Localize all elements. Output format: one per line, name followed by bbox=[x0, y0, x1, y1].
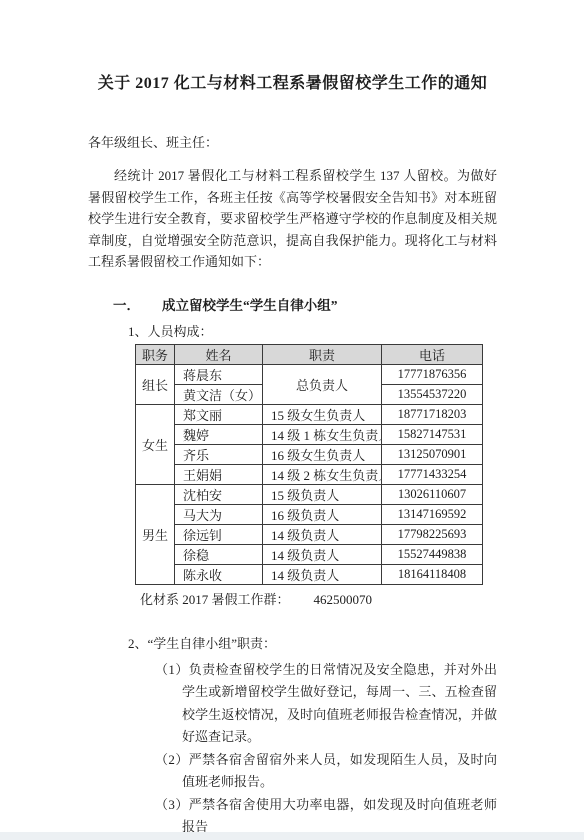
phone-cell: 17771876356 bbox=[382, 364, 483, 384]
phone-cell: 13554537220 bbox=[382, 384, 483, 404]
table-row: 王娟娟14 级 2 栋女生负责人17771433254 bbox=[136, 464, 483, 484]
duty-2-text: 严禁各宿舍留宿外来人员，如发现陌生人员，及时向值班老师报告。 bbox=[182, 752, 497, 790]
qq-group-line: 化材系 2017 暑假工作群：462500070 bbox=[140, 589, 497, 608]
table-row: 齐乐16 级女生负责人13125070901 bbox=[136, 444, 483, 464]
name-cell: 郑文丽 bbox=[175, 404, 263, 424]
phone-cell: 18771718203 bbox=[382, 404, 483, 424]
duty-cell: 14 级 2 栋女生负责人 bbox=[263, 464, 382, 484]
people-table-header-row: 职务姓名职责电话 bbox=[136, 344, 483, 364]
phone-cell: 13026110607 bbox=[382, 484, 483, 504]
document-page: 关于 2017 化工与材料工程系暑假留校学生工作的通知 各年级组长、班主任： 经… bbox=[0, 0, 584, 840]
role-cell: 男生 bbox=[136, 484, 175, 584]
table-row: 徐远钊14 级负责人17798225693 bbox=[136, 524, 483, 544]
phone-cell: 15527449838 bbox=[382, 544, 483, 564]
name-cell: 陈永收 bbox=[175, 564, 263, 584]
duty-1-number: （1） bbox=[155, 662, 189, 677]
duty-cell: 14 级负责人 bbox=[263, 564, 382, 584]
table-row: 陈永收14 级负责人18164118408 bbox=[136, 564, 483, 584]
document-content: 关于 2017 化工与材料工程系暑假留校学生工作的通知 各年级组长、班主任： 经… bbox=[0, 0, 584, 839]
intro-paragraph: 经统计 2017 暑假化工与材料工程系留校学生 137 人留校。为做好暑假留校学… bbox=[88, 165, 497, 273]
duty-item-2: （2）严禁各宿舍留宿外来人员，如发现陌生人员，及时向值班老师报告。 bbox=[155, 749, 497, 794]
section1-heading-text: 成立留校学生“学生自律小组” bbox=[162, 298, 338, 313]
phone-cell: 17798225693 bbox=[382, 524, 483, 544]
column-header: 职责 bbox=[263, 344, 382, 364]
document-title: 关于 2017 化工与材料工程系暑假留校学生工作的通知 bbox=[88, 70, 497, 93]
salutation-line: 各年级组长、班主任： bbox=[88, 132, 497, 151]
phone-cell: 13125070901 bbox=[382, 444, 483, 464]
duty-cell: 16 级女生负责人 bbox=[263, 444, 382, 464]
duty-cell: 15 级负责人 bbox=[263, 484, 382, 504]
duty-3-text: 严禁各宿舍使用大功率电器，如发现及时向值班老师报告 bbox=[182, 797, 497, 835]
duty-cell: 14 级负责人 bbox=[263, 524, 382, 544]
name-cell: 黄文洁（女） bbox=[175, 384, 263, 404]
phone-cell: 15827147531 bbox=[382, 424, 483, 444]
section1-heading: 一．成立留校学生“学生自律小组” bbox=[88, 294, 497, 314]
table-row: 女生郑文丽15 级女生负责人18771718203 bbox=[136, 404, 483, 424]
qq-group-number: 462500070 bbox=[314, 592, 373, 607]
duty-cell: 16 级负责人 bbox=[263, 504, 382, 524]
name-cell: 沈柏安 bbox=[175, 484, 263, 504]
table-row: 徐稳14 级负责人15527449838 bbox=[136, 544, 483, 564]
duty-list: （1）负责检查留校学生的日常情况及安全隐患，并对外出学生或新增留校学生做好登记，… bbox=[88, 659, 497, 839]
name-cell: 马大为 bbox=[175, 504, 263, 524]
duty-item-1: （1）负责检查留校学生的日常情况及安全隐患，并对外出学生或新增留校学生做好登记，… bbox=[155, 659, 497, 749]
table-row: 魏婷14 级 1 栋女生负责人15827147531 bbox=[136, 424, 483, 444]
phone-cell: 13147169592 bbox=[382, 504, 483, 524]
phone-cell: 18164118408 bbox=[382, 564, 483, 584]
name-cell: 王娟娟 bbox=[175, 464, 263, 484]
column-header: 姓名 bbox=[175, 344, 263, 364]
viewer-bottom-edge bbox=[0, 832, 584, 840]
qq-group-label: 化材系 2017 暑假工作群： bbox=[140, 592, 290, 607]
role-cell: 女生 bbox=[136, 404, 175, 484]
sub2-label: 2、“学生自律小组”职责： bbox=[88, 633, 497, 652]
duty-3-number: （3） bbox=[155, 797, 189, 812]
role-cell: 组长 bbox=[136, 364, 175, 404]
name-cell: 蒋晨东 bbox=[175, 364, 263, 384]
duty-cell: 15 级女生负责人 bbox=[263, 404, 382, 424]
column-header: 电话 bbox=[382, 344, 483, 364]
people-table-body: 组长蒋晨东总负责人17771876356黄文洁（女）13554537220女生郑… bbox=[136, 364, 483, 584]
duty-cell: 14 级 1 栋女生负责人 bbox=[263, 424, 382, 444]
phone-cell: 17771433254 bbox=[382, 464, 483, 484]
people-table: 职务姓名职责电话 组长蒋晨东总负责人17771876356黄文洁（女）13554… bbox=[135, 344, 483, 585]
name-cell: 齐乐 bbox=[175, 444, 263, 464]
section1-number: 一． bbox=[113, 294, 140, 314]
duty-cell: 总负责人 bbox=[263, 364, 382, 404]
column-header: 职务 bbox=[136, 344, 175, 364]
duty-2-number: （2） bbox=[155, 752, 189, 767]
table-row: 组长蒋晨东总负责人17771876356 bbox=[136, 364, 483, 384]
table-row: 男生沈柏安15 级负责人13026110607 bbox=[136, 484, 483, 504]
duty-1-text: 负责检查留校学生的日常情况及安全隐患，并对外出学生或新增留校学生做好登记，每周一… bbox=[182, 662, 497, 745]
name-cell: 徐稳 bbox=[175, 544, 263, 564]
table-row: 马大为16 级负责人13147169592 bbox=[136, 504, 483, 524]
name-cell: 魏婷 bbox=[175, 424, 263, 444]
duty-cell: 14 级负责人 bbox=[263, 544, 382, 564]
sub1-label: 1、人员构成： bbox=[88, 321, 497, 340]
name-cell: 徐远钊 bbox=[175, 524, 263, 544]
